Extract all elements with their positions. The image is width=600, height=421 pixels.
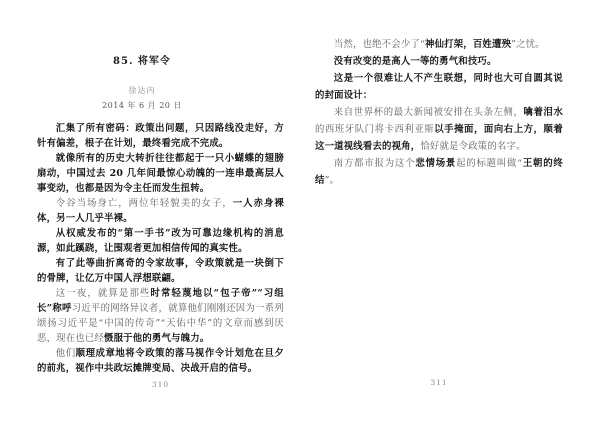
article-title: 85. 将军令 xyxy=(37,52,247,67)
paragraph: 汇集了所有密码：政策出问题，只因路线没走好，方针有偏差，根子在计划，最终看完成不… xyxy=(37,121,284,151)
page-number-left: 310 xyxy=(37,380,284,389)
paragraph: 南方都市报为这个悲情场景起的标题叫做“王朝的终结”。 xyxy=(315,155,563,189)
page-number-right: 311 xyxy=(315,378,563,387)
paragraph: 这一夜，就算是那些时常轻蔑地以“包子帝”“习组长”称呼习近平的网络异议者，就算他… xyxy=(37,286,284,346)
paragraph: 没有改变的是高人一等的勇气和技巧。 xyxy=(315,53,563,70)
bold-text-run: 神仙打架，百姓遭殃 xyxy=(425,39,511,50)
paragraph: 这是一个很难让人不产生联想，同时也大可自圆其说的封面设计： xyxy=(315,70,563,104)
bold-text-run: 就像所有的历史大转折往往都起于一只小蝴蝶的翅膀扇动，中国过去 20 几年间最惊心… xyxy=(37,153,284,194)
text-run: ”之忧。 xyxy=(511,39,545,50)
bold-text-run: 悲情场景 xyxy=(415,158,456,169)
paragraph: 就像所有的历史大转折往往都起于一只小蝴蝶的翅膀扇动，中国过去 20 几年间最惊心… xyxy=(37,151,284,196)
bold-text-run: 这是一个很难让人不产生联想，同时也大可自圆其说的封面设计： xyxy=(315,73,563,101)
bold-text-run: 噙着泪水 xyxy=(523,107,563,118)
text-run: ”。 xyxy=(325,175,340,186)
bold-text-run: 有了此等曲折离奇的令家故事，令政策就是一块倒下的骨牌，让亿万中国人浮想联翩。 xyxy=(37,258,284,284)
text-run: 当然，也绝不会少了“ xyxy=(334,39,425,50)
paragraph: 来自世界杯的最大新闻被安排在头条左侧，噙着泪水的西班牙队门将卡西利亚斯以手掩面，… xyxy=(315,104,563,155)
text-run: 令谷当场身亡，两位年轻貌美的女子， xyxy=(56,198,233,209)
page-left: 85. 将军令 徐达内 2014 年 6 月 20 日 汇集了所有密码：政策出问… xyxy=(37,0,284,421)
book-spread: 85. 将军令 徐达内 2014 年 6 月 20 日 汇集了所有密码：政策出问… xyxy=(0,0,600,421)
text-run: 他们 xyxy=(56,348,76,359)
text-run: 的西班牙队门将卡西利亚斯 xyxy=(315,124,434,135)
body-text-right: 当然，也绝不会少了“神仙打架，百姓遭殃”之忧。没有改变的是高人一等的勇气和技巧。… xyxy=(315,36,563,189)
text-run: 来自世界杯的最大新闻被安排在头条左侧， xyxy=(334,107,524,118)
paragraph: 令谷当场身亡，两位年轻貌美的女子，一人赤身裸体，另一人几乎半裸。 xyxy=(37,196,284,226)
article-author: 徐达内 xyxy=(37,85,247,96)
paragraph: 他们顺理成章地将令政策的落马视作令计划危在旦夕的前兆，视作中共政坛摊牌变局、决战… xyxy=(37,346,284,376)
article-date: 2014 年 6 月 20 日 xyxy=(37,100,247,111)
bold-text-run: 汇集了所有密码：政策出问题，只因路线没走好，方针有偏差，根子在计划，最终看完成不… xyxy=(37,123,284,149)
bold-text-run: 从权威发布的“第一手书”改为可靠边缘机构的消息源，如此蹊跷，让围观者更加相信传闻… xyxy=(37,228,284,254)
paragraph: 有了此等曲折离奇的令家故事，令政策就是一块倒下的骨牌，让亿万中国人浮想联翩。 xyxy=(37,256,284,286)
page-right: 当然，也绝不会少了“神仙打架，百姓遭殃”之忧。没有改变的是高人一等的勇气和技巧。… xyxy=(315,0,563,421)
text-run: 起的标题叫做“ xyxy=(456,158,522,169)
text-run: 这一夜，就算是那些 xyxy=(56,288,151,299)
bold-text-run: 慑服于他的勇气与魄力。 xyxy=(104,333,209,344)
text-run: 南方都市报为这个 xyxy=(334,158,416,169)
paragraph: 从权威发布的“第一手书”改为可靠边缘机构的消息源，如此蹊跷，让围观者更加相信传闻… xyxy=(37,226,284,256)
text-run: 恰好就是令政策的名字。 xyxy=(420,141,525,152)
paragraph: 当然，也绝不会少了“神仙打架，百姓遭殃”之忧。 xyxy=(315,36,563,53)
bold-text-run: 没有改变的是高人一等的勇气和技巧。 xyxy=(334,56,497,67)
body-text-left: 汇集了所有密码：政策出问题，只因路线没走好，方针有偏差，根子在计划，最终看完成不… xyxy=(37,121,284,376)
